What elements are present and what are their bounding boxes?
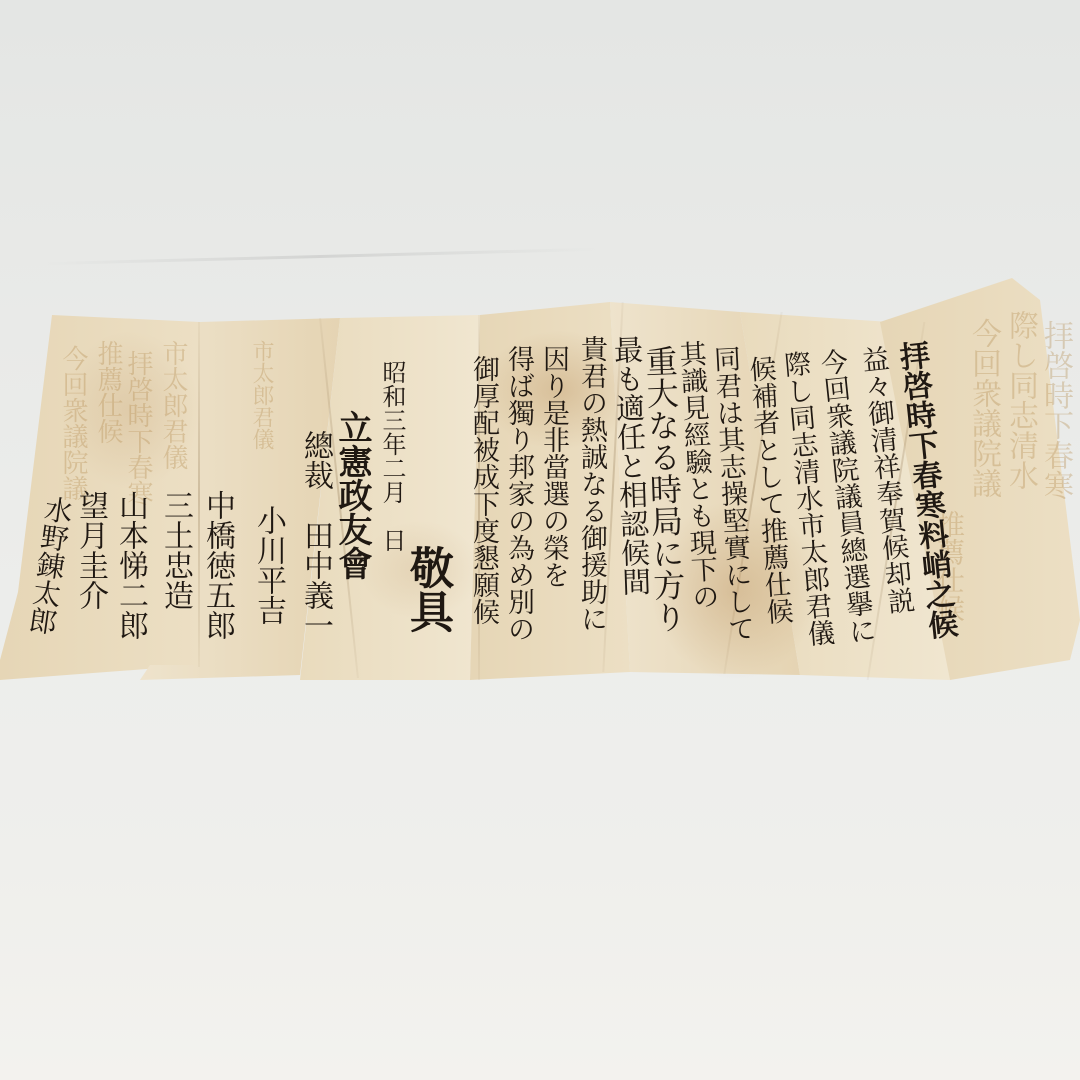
ghost-text: 市太郎君儀 (250, 340, 272, 450)
signatory: 中橋徳五郎 (202, 490, 232, 640)
ghost-text: 今回衆議院議 (60, 345, 86, 501)
ghost-text: 市太郎君儀 (160, 340, 186, 470)
photo-scene: 拝啓時下春寒 際し同志清水 今回衆議院議 推薦仕候 市太郎君儀 拝啓時下春寒 推… (0, 0, 1080, 1080)
ghost-text: 推薦仕候 (95, 340, 121, 444)
ghost-text: 拝啓時下春寒 (125, 350, 151, 506)
letter-line: 因り是非當選の榮を (540, 345, 567, 588)
letter-line: 御厚配被成下度懇願候 (470, 355, 497, 625)
letter-line: 最も適任と相認候間 (611, 335, 649, 597)
ghost-text: 拝啓時下春寒 (1040, 320, 1070, 500)
signatory: 總裁 田中義一 (300, 430, 330, 640)
signatory: 三土忠造 (160, 490, 190, 610)
letter-line: 貴君の熱誠なる御援助に (578, 335, 605, 632)
folded-letter: 拝啓時下春寒 際し同志清水 今回衆議院議 推薦仕候 市太郎君儀 拝啓時下春寒 推… (0, 0, 1080, 1080)
letter-line: 得ば獨り邦家の為め別の (505, 345, 532, 642)
signatory: 小川平吉 (253, 505, 283, 625)
ghost-text: 際し同志清水 (1005, 310, 1035, 490)
closing-keigu: 敬具 (405, 545, 449, 633)
letter-date: 昭和三年二月 日 (380, 360, 404, 552)
organization-name: 立憲政友會 (335, 410, 369, 580)
ghost-text: 今回衆議院議 (968, 318, 998, 498)
signatory: 望月圭介 (75, 490, 105, 610)
signatory: 山本悌二郎 (115, 490, 145, 640)
